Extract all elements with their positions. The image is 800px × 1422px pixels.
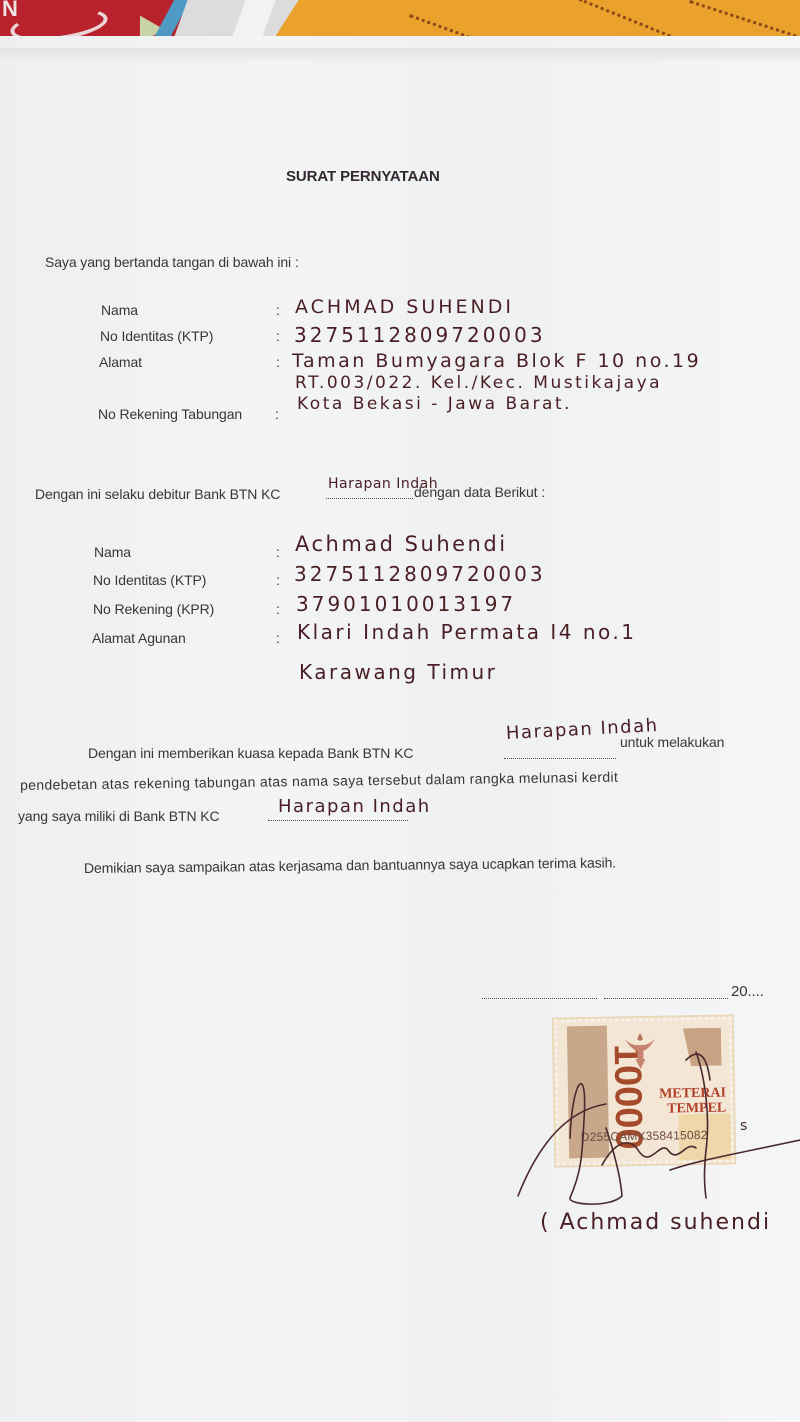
colon: : (275, 406, 279, 422)
colon: : (276, 302, 280, 318)
debitur-line-prefix: Dengan ini selaku debitur Bank BTN KC (35, 486, 280, 502)
debitur-line-suffix: dengan data Berikut : (414, 484, 545, 500)
collateral-address-label: Alamat Agunan (92, 630, 186, 646)
signer-name-value: ACHMAD SUHENDI (295, 296, 514, 318)
date-place-blank (482, 998, 597, 999)
colon: : (276, 630, 280, 646)
signer-ktp-label: No Identitas (KTP) (100, 328, 213, 344)
debitur-ktp-label: No Identitas (KTP) (93, 572, 206, 588)
signer-address-line-3: Kota Bekasi - Jawa Barat. (297, 394, 572, 414)
handwritten-signature: s (510, 1020, 800, 1205)
authorization-line-3-branch-value: Harapan Indah (278, 796, 431, 817)
signer-address-line-1: Taman Bumyagara Blok F 10 no.19 (292, 350, 701, 372)
authorization-line-3-prefix: yang saya miliki di Bank BTN KC (18, 808, 220, 824)
signer-ktp-value: 3275112809720003 (294, 323, 546, 347)
signer-address-label: Alamat (99, 354, 142, 370)
signer-savings-account-label: No Rekening Tabungan (98, 406, 242, 422)
svg-text:s: s (740, 1118, 747, 1134)
document-title: SURAT PERNYATAAN (286, 168, 440, 185)
collateral-address-line-1: Klari Indah Permata I4 no.1 (297, 620, 636, 644)
authorization-line-1-suffix: untuk melakukan (620, 734, 724, 750)
colon: : (276, 601, 280, 617)
colon: : (276, 354, 280, 370)
authorization-line-1-prefix: Dengan ini memberikan kuasa kepada Bank … (88, 745, 413, 761)
branch-blank (504, 758, 616, 759)
date-blank (604, 998, 728, 999)
signer-name-label: Nama (101, 302, 138, 318)
debitur-name-value: Achmad Suhendi (295, 532, 508, 556)
debitur-name-label: Nama (94, 544, 131, 560)
debitur-ktp-value: 3275112809720003 (294, 562, 546, 586)
signer-printed-name: ( Achmad suhendi (540, 1210, 771, 1235)
colon: : (276, 328, 280, 344)
collateral-address-line-2: Karawang Timur (299, 660, 497, 684)
fabric-letter-decoration: N (2, 0, 18, 22)
branch-blank (268, 820, 408, 821)
colon: : (276, 572, 280, 588)
debitur-kpr-label: No Rekening (KPR) (93, 601, 214, 617)
date-year-suffix: 20.... (731, 983, 764, 1000)
branch-blank (326, 498, 413, 499)
paper-top-fold (0, 48, 800, 62)
signer-address-line-2: RT.003/022. Kel./Kec. Mustikajaya (295, 373, 662, 393)
debitur-kpr-value: 37901010013197 (296, 592, 516, 616)
colon: : (276, 544, 280, 560)
intro-text: Saya yang bertanda tangan di bawah ini : (45, 254, 299, 270)
